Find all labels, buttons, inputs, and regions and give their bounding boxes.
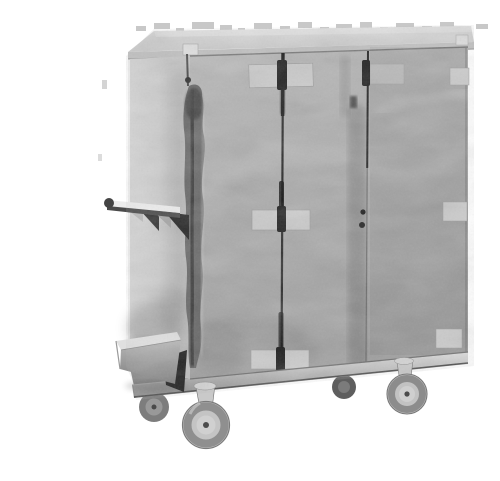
- product-photo-banquet-cart: [40, 16, 500, 465]
- handle-end-cap: [104, 198, 114, 208]
- caster-axle: [203, 422, 209, 428]
- caster-axle: [404, 391, 409, 396]
- metal-texture-overlay: [126, 25, 474, 400]
- cart-photo-svg: [40, 16, 500, 465]
